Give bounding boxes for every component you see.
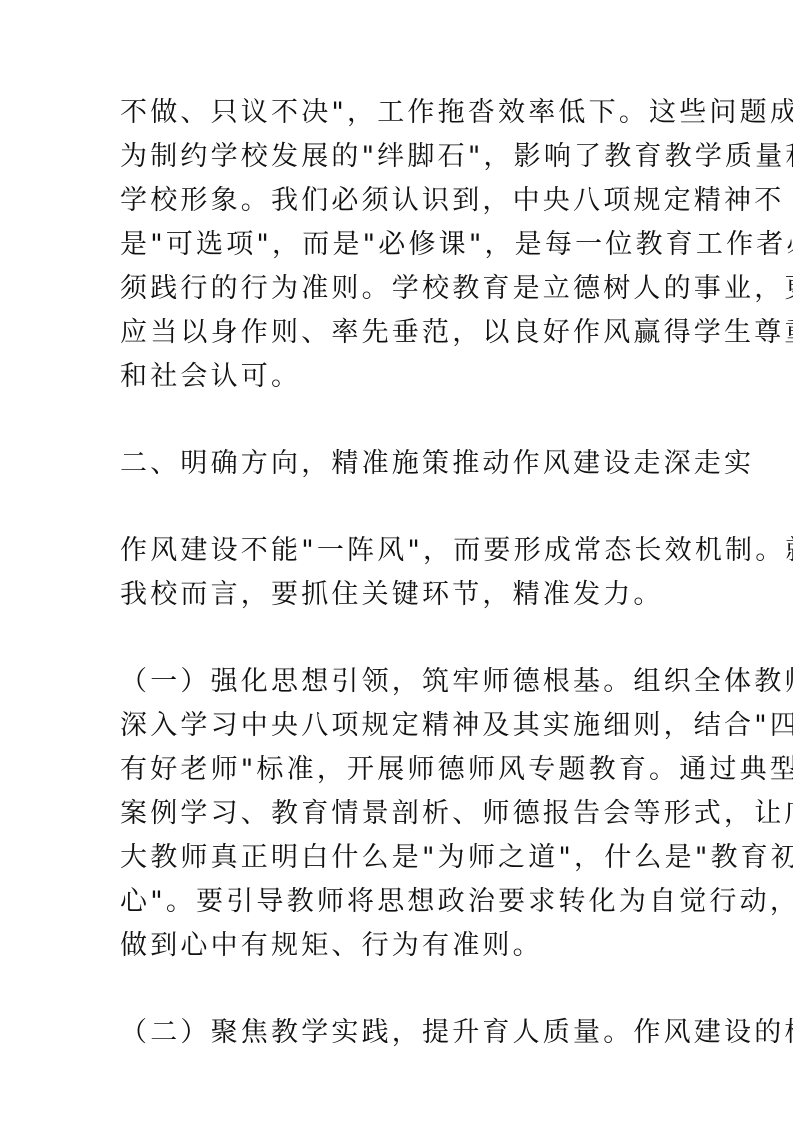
text-line: 学校形象。我们必须认识到，中央八项规定精神不	[120, 179, 680, 223]
paragraph-item-2: （二）聚焦教学实践，提升育人质量。作风建设的根	[120, 1011, 680, 1055]
text-line: 大教师真正明白什么是"为师之道"，什么是"教育初	[120, 836, 680, 880]
text-line: 不做、只议不决"，工作拖沓效率低下。这些问题成	[120, 91, 680, 135]
document-page: 不做、只议不决"，工作拖沓效率低下。这些问题成 为制约学校发展的"绊脚石"，影响…	[120, 91, 680, 1055]
text-line: 我校而言，要抓住关键环节，精准发力。	[120, 573, 680, 617]
text-line: 做到心中有规矩、行为有准则。	[120, 924, 680, 968]
section-heading-2: 二、明确方向，精准施策推动作风建设走深走实	[120, 442, 680, 486]
paragraph-spacer	[120, 486, 680, 529]
paragraph-item-1: （一）强化思想引领，筑牢师德根基。组织全体教师 深入学习中央八项规定精神及其实施…	[120, 660, 680, 968]
text-line: 有好老师"标准，开展师德师风专题教育。通过典型	[120, 748, 680, 792]
text-line: 应当以身作则、率先垂范，以良好作风赢得学生尊重	[120, 311, 680, 355]
paragraph-spacer	[120, 968, 680, 1011]
text-line: 和社会认可。	[120, 355, 680, 399]
paragraph-mechanism: 作风建设不能"一阵风"，而要形成常态长效机制。就 我校而言，要抓住关键环节，精准…	[120, 529, 680, 617]
paragraph-problems-conclusion: 不做、只议不决"，工作拖沓效率低下。这些问题成 为制约学校发展的"绊脚石"，影响…	[120, 91, 680, 399]
paragraph-spacer	[120, 617, 680, 660]
heading-line: 二、明确方向，精准施策推动作风建设走深走实	[120, 442, 680, 486]
text-line: 为制约学校发展的"绊脚石"，影响了教育教学质量和	[120, 135, 680, 179]
text-line: 心"。要引导教师将思想政治要求转化为自觉行动，	[120, 880, 680, 924]
text-line: 作风建设不能"一阵风"，而要形成常态长效机制。就	[120, 529, 680, 573]
text-line: 案例学习、教育情景剖析、师德报告会等形式，让广	[120, 792, 680, 836]
text-line: 是"可选项"，而是"必修课"，是每一位教育工作者必	[120, 223, 680, 267]
paragraph-spacer	[120, 399, 680, 442]
text-line: 深入学习中央八项规定精神及其实施细则，结合"四	[120, 704, 680, 748]
text-line: （一）强化思想引领，筑牢师德根基。组织全体教师	[120, 660, 680, 704]
text-line: 须践行的行为准则。学校教育是立德树人的事业，更	[120, 267, 680, 311]
text-line: （二）聚焦教学实践，提升育人质量。作风建设的根	[120, 1011, 680, 1055]
